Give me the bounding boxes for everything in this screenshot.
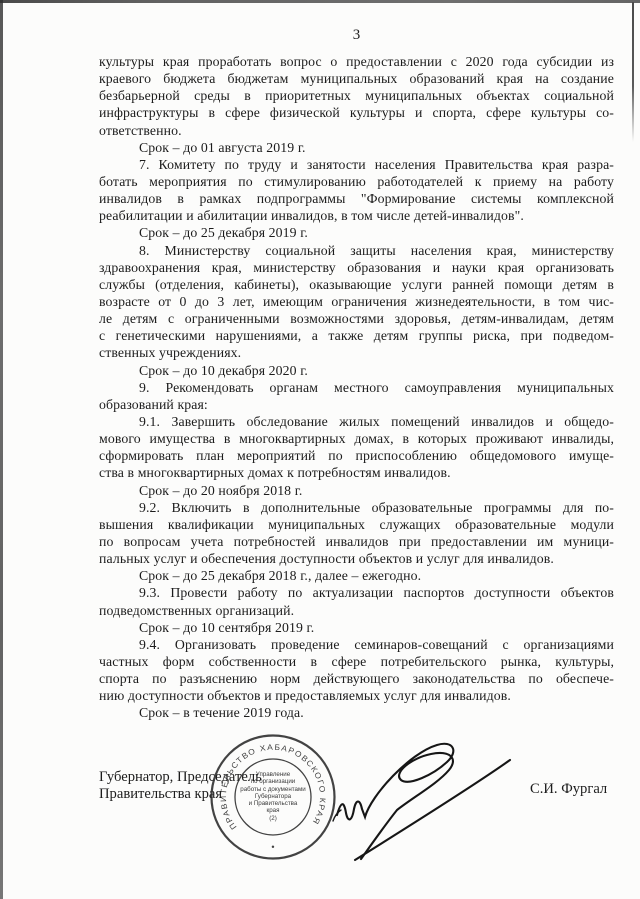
text-line: ответственно. [99,122,614,139]
text-line: Срок – до 20 ноября 2018 г. [99,482,614,499]
text-line: ботать мероприятия по стимулированию раб… [99,173,614,190]
scan-edge-right [632,2,634,142]
scan-edge-top [0,0,640,3]
text-line: 9.3. Провести работу по актуализации пас… [99,584,614,601]
handwritten-signature [325,735,525,870]
text-line: Срок – в течение 2019 года. [99,704,614,721]
text-line: нию доступности объектов и предоставляем… [99,687,614,704]
signature-stroke [355,760,510,860]
text-line: ле детям с ограниченными возможностями з… [99,310,614,327]
page-number: 3 [99,27,614,44]
text-line: краевого бюджета бюджетам муниципальных … [99,70,614,87]
text-line: вышения квалификации муниципальных служа… [99,516,614,533]
text-line: 8. Министерству социальной защиты населе… [99,242,614,259]
signature-stroke [337,744,453,859]
text-line: образований края: [99,396,614,413]
text-line: безбарьерной среды в приоритетных муници… [99,87,614,104]
text-line: 9.4. Организовать проведение семинаров-с… [99,636,614,653]
text-line: 9.1. Завершить обследование жилых помеще… [99,413,614,430]
text-line: частных форм собственности в сфере потре… [99,653,614,670]
stamp-center-line: по организации [228,778,318,785]
text-line: 9.2. Включить в дополнительные образоват… [99,499,614,516]
text-line: возрасте от 0 до 3 лет, имеющим ограниче… [99,293,614,310]
text-line: Срок – до 25 декабря 2018 г., далее – еж… [99,567,614,584]
text-line: культуры края проработать вопрос о предо… [99,53,614,70]
stamp-center-line: и Правительства [228,800,318,807]
stamp-center-line: Управление [228,771,318,778]
text-line: спорта по разъяснению норм действующего … [99,670,614,687]
text-line: мового имущества в многоквартирных домах… [99,430,614,447]
text-line: Срок – до 10 сентября 2019 г. [99,619,614,636]
text-line: Срок – до 25 декабря 2019 г. [99,224,614,241]
stamp-center-line: работы с документами [228,786,318,793]
document-body: культуры края проработать вопрос о предо… [99,53,614,721]
text-line: 7. Комитету по труду и занятости населен… [99,156,614,173]
text-line: подведомственных организаций. [99,602,614,619]
text-line: с генетическими нарушениями, а также дет… [99,327,614,344]
text-line: реабилитации и абилитации инвалидов, в т… [99,207,614,224]
text-line: службы (отделения, кабинеты), оказывающи… [99,276,614,293]
stamp-center-line: края [228,807,318,814]
text-line: инфраструктуры в сфере физической культу… [99,104,614,121]
text-line: ства в многоквартирных домах к потребнос… [99,464,614,481]
text-line: по вопросам учета потребностей инвалидов… [99,533,614,550]
text-line: ственных учреждениях. [99,344,614,361]
stamp-center-line: (2) [228,815,318,822]
text-line: инвалидов в рамках подпрограммы "Формиро… [99,190,614,207]
scan-edge-left [0,0,3,899]
text-line: сформировать план мероприятий по приспос… [99,447,614,464]
text-line: здравоохранения края, министерству образ… [99,259,614,276]
text-line: 9. Рекомендовать органам местного самоуп… [99,379,614,396]
stamp-ring-separator: • [271,842,274,852]
stamp-center-text: Управление по организации работы с докум… [228,771,318,822]
signer-name: С.И. Фургал [530,781,607,798]
stamp-center-line: Губернатора [228,793,318,800]
text-line: Срок – до 10 декабря 2020 г. [99,362,614,379]
text-line: Срок – до 01 августа 2019 г. [99,139,614,156]
text-line: пальных услуг и обеспечения доступности … [99,550,614,567]
